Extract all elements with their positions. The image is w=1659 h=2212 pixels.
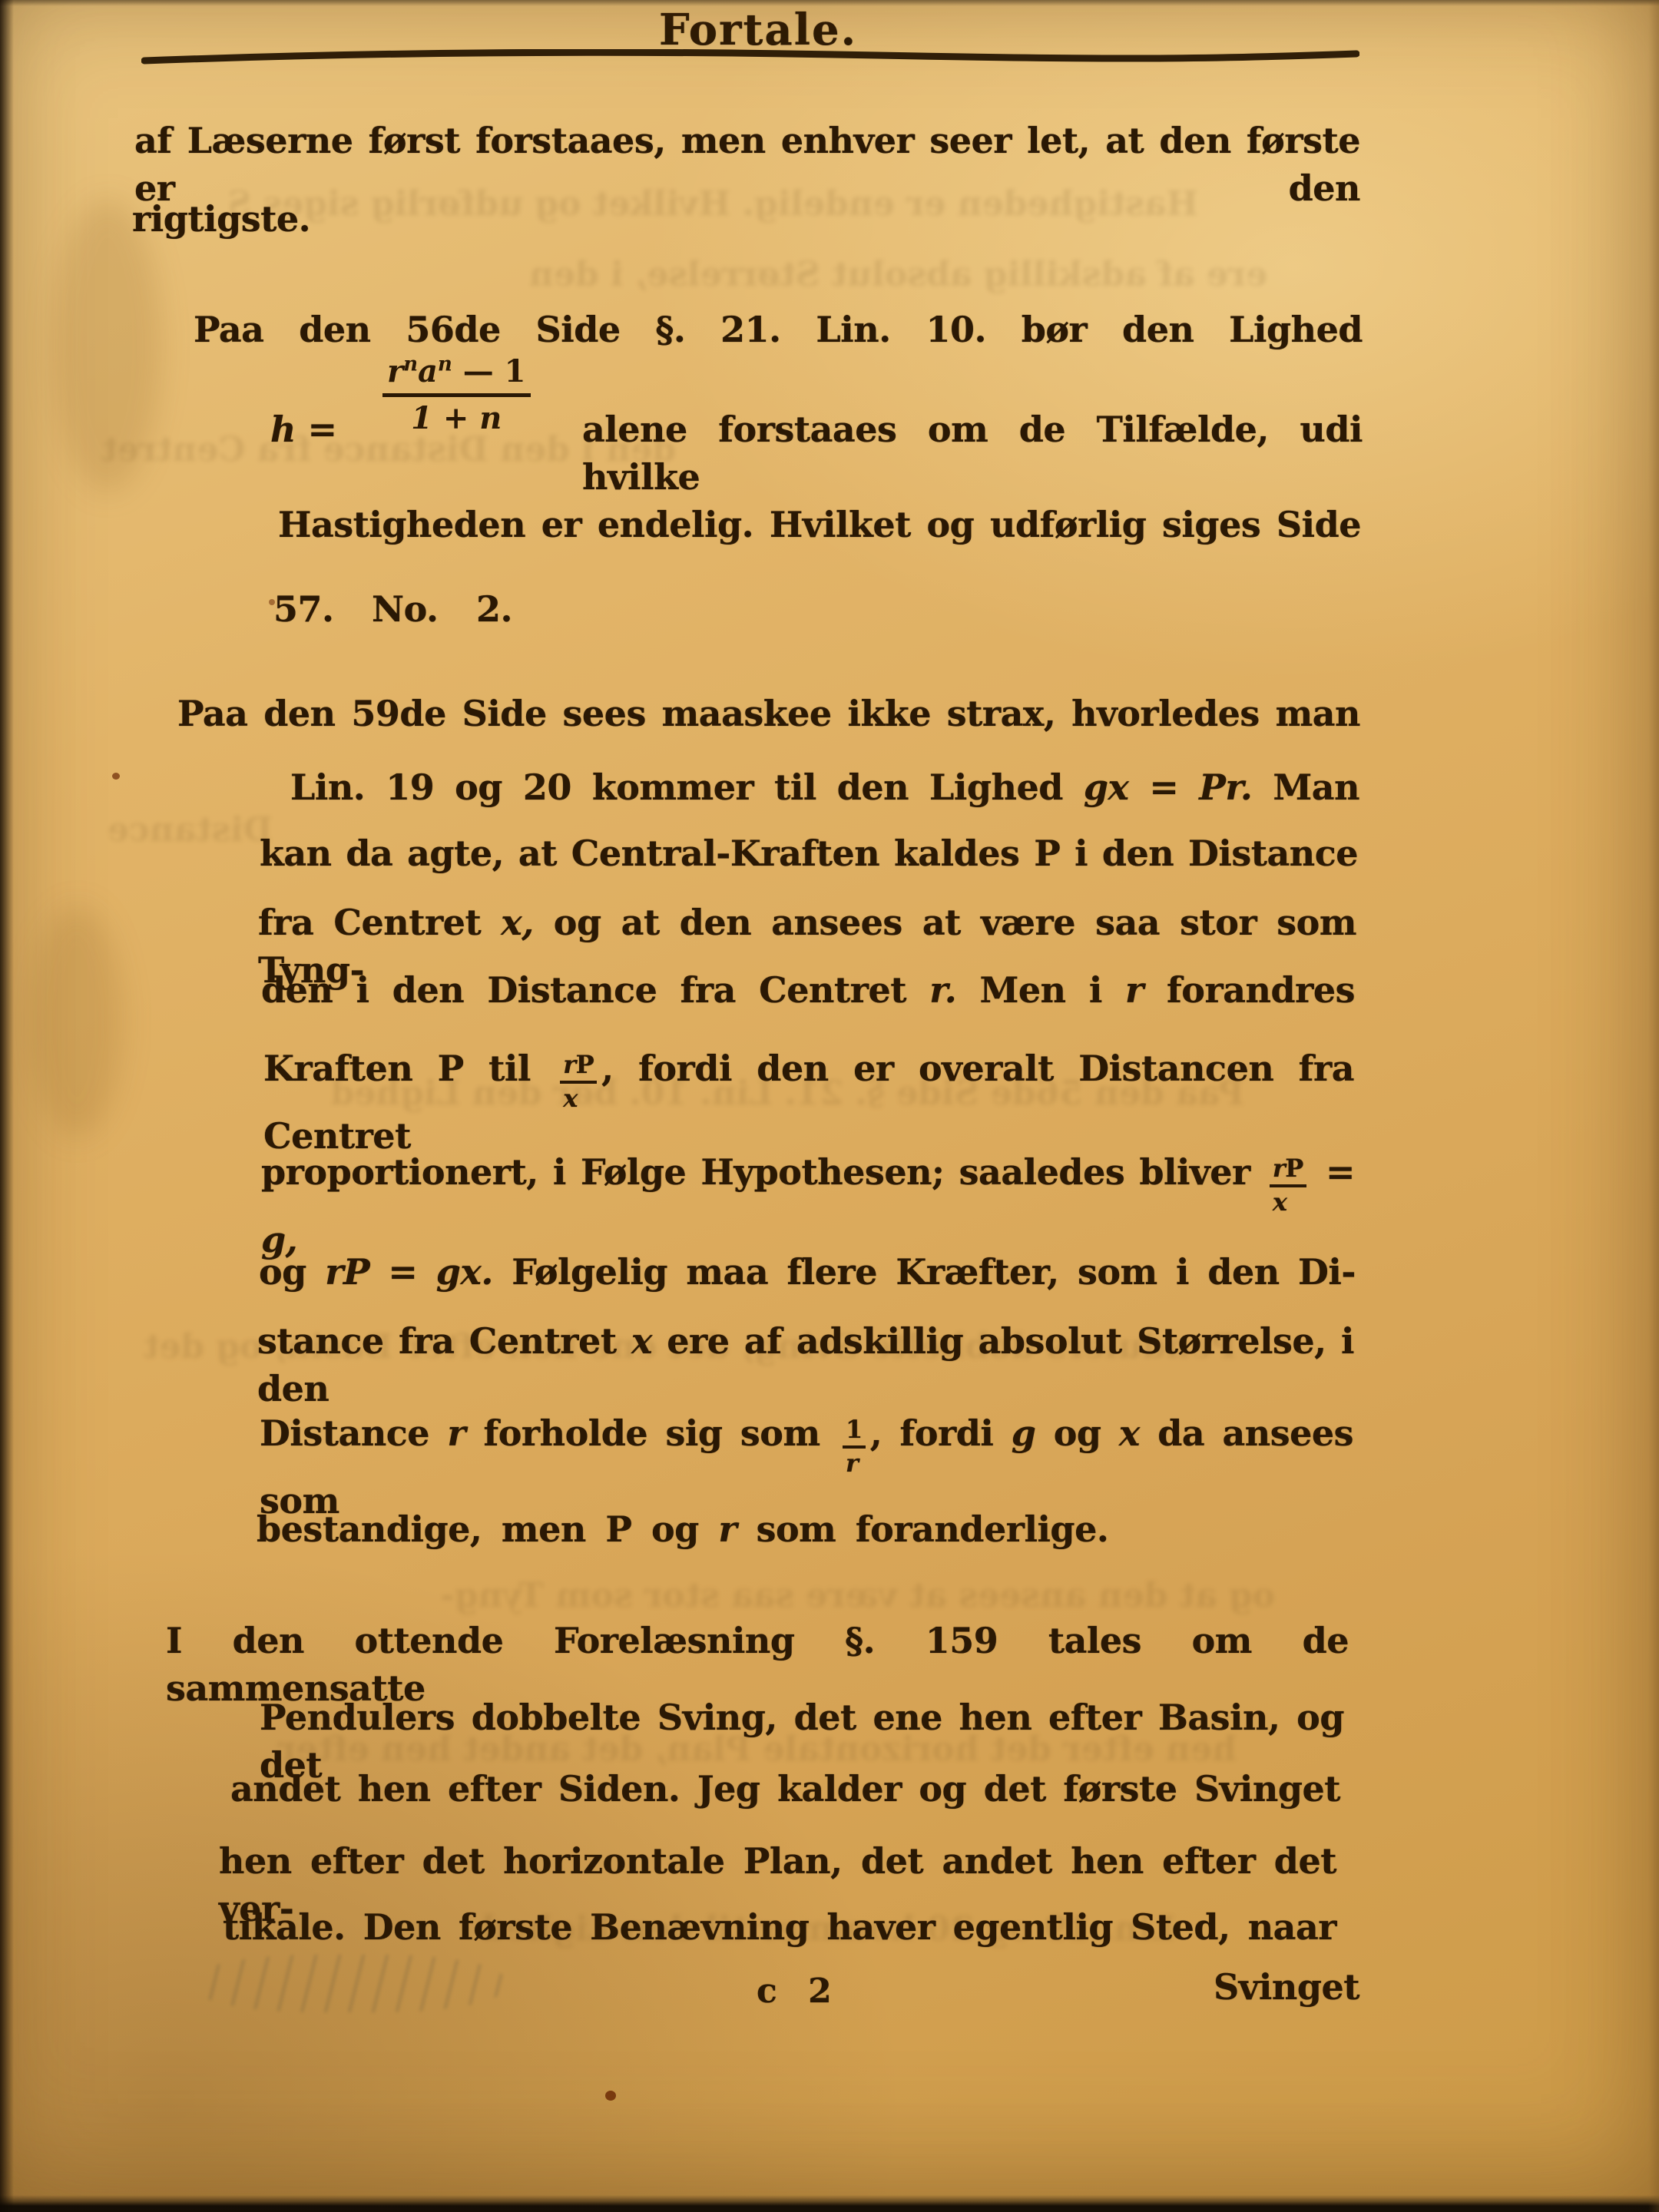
- text-run: forholde sig som: [483, 1412, 820, 1454]
- text-run: i den Distance: [1075, 833, 1358, 874]
- body-line: Hastigheden er endelig. Hvilket og udfør…: [278, 501, 1361, 548]
- text-run: Følgelig maa flere Kræfter, som i den Di…: [512, 1251, 1356, 1293]
- text-run: kan da agte, at Central-Kraften kaldes: [260, 833, 1019, 874]
- text-run: andet hen efter Siden. Jeg kalder og det…: [230, 1768, 1340, 1810]
- text-run: Kraften: [263, 1048, 412, 1089]
- body-line: og rP = gx. Følgelig maa flere Kræfter, …: [259, 1248, 1356, 1296]
- body-line: 57. No. 2.: [273, 585, 811, 633]
- inline-fraction: rPx: [1270, 1156, 1306, 1215]
- text-run: Man: [1273, 767, 1359, 808]
- page-edge-shadow-left: [0, 0, 14, 2212]
- body-line: Kraften P til rPx, fordi den er overalt …: [263, 1045, 1354, 1160]
- text-run: tikale. Den første Benævning haver egent…: [223, 1906, 1336, 1948]
- math-symbol: x: [1119, 1412, 1140, 1454]
- bleedthrough-ghost: Distance: [42, 810, 273, 849]
- catchword-text: Svinget: [1214, 1966, 1359, 2008]
- text-run: og: [259, 1251, 306, 1293]
- math-symbol: r: [718, 1508, 737, 1550]
- signature-mark: c 2: [757, 1968, 910, 2015]
- text-run: Men i: [979, 969, 1101, 1011]
- page-edge-shadow-top: [0, 0, 1659, 6]
- text-run: og: [1054, 1412, 1101, 1454]
- body-line: bestandige, men P og r som foranderlige.: [257, 1505, 1353, 1553]
- display-fraction: rnan — 1 1 + n: [382, 355, 531, 435]
- body-line: tikale. Den første Benævning haver egent…: [223, 1903, 1336, 1951]
- math-symbol: h: [270, 409, 296, 450]
- formula-lhs: h =: [270, 406, 393, 453]
- catchword: Svinget: [1175, 1963, 1359, 2011]
- math-run: gx = Pr.: [1084, 767, 1253, 808]
- paper-stain: [31, 906, 123, 1137]
- text-run: alene forstaaes om de Tilfælde, udi hvil…: [582, 409, 1363, 498]
- paper-stain: [54, 200, 161, 492]
- book-page: Hastigheden er endelig. Hvilket og udfør…: [0, 0, 1659, 2212]
- text-run: fra Centret: [258, 902, 481, 943]
- signature-text: c 2: [757, 1972, 831, 2011]
- text-run: , fordi: [870, 1412, 994, 1454]
- text-run: Distance: [260, 1412, 429, 1454]
- body-line: rigtigste.: [132, 195, 823, 243]
- text-run: til: [488, 1048, 531, 1089]
- text-run: som foranderlige.: [757, 1508, 1109, 1550]
- header-rule: [141, 49, 1359, 66]
- math-symbol: r.: [929, 969, 956, 1011]
- text-run: Paa den 56de Side §. 21. Lin. 10. bør de…: [194, 309, 1363, 350]
- paper-speck: [605, 2091, 616, 2101]
- fraction-bar: [382, 393, 531, 397]
- fraction-denominator: 1 + n: [382, 402, 531, 435]
- text-run: og: [651, 1508, 699, 1550]
- bleedthrough-ghost: ere af adskillig absolut Størrelse, i de…: [100, 255, 1267, 294]
- body-line: Paa den 56de Side §. 21. Lin. 10. bør de…: [194, 306, 1363, 353]
- body-line: Lin. 19 og 20 kommer til den Lighed gx =…: [290, 763, 1359, 811]
- text-run: forandres: [1167, 969, 1355, 1011]
- inline-fraction: 1r: [843, 1417, 866, 1476]
- math-symbol: r: [447, 1412, 465, 1454]
- text-run: 57. No. 2.: [273, 588, 512, 630]
- math-symbol: x: [631, 1320, 652, 1362]
- body-line: kan da agte, at Central-Kraften kaldes P…: [260, 829, 1358, 877]
- text-run: Hastigheden er endelig. Hvilket og udfør…: [278, 504, 1361, 545]
- body-line: den i den Distance fra Centret r. Men i …: [261, 966, 1355, 1014]
- text-run: , fordi den er overalt Distancen fra Cen…: [263, 1048, 1354, 1157]
- body-line: alene forstaaes om de Tilfælde, udi hvil…: [582, 406, 1363, 501]
- text-run: stance fra Centret: [257, 1320, 617, 1362]
- text-run: Lin. 19 og 20 kommer til den Lighed: [290, 767, 1063, 808]
- bleedthrough-ghost: og at den ansees at være saa stor som Ty…: [246, 1576, 1275, 1615]
- math-symbol: P: [438, 1048, 464, 1089]
- pencil-smudge: [196, 1955, 503, 2012]
- text-run: den i den Distance fra Centret: [261, 969, 906, 1011]
- text-run: Paa den 59de Side sees maaskee ikke stra…: [177, 693, 1360, 734]
- text-run: rigtigste.: [132, 198, 310, 240]
- fraction-numerator: rnan — 1: [382, 355, 531, 389]
- math-symbol: P: [1034, 833, 1060, 874]
- page-edge-shadow-right: [1648, 0, 1659, 2212]
- body-line: proportionert, i Følge Hypothesen; saale…: [261, 1148, 1355, 1263]
- page-heading: Fortale.: [659, 5, 857, 55]
- math-symbol: x,: [501, 902, 533, 943]
- page-edge-shadow-bottom: [0, 2195, 1659, 2212]
- text-run: bestandige, men: [257, 1508, 586, 1550]
- math-symbol: g: [1012, 1412, 1036, 1454]
- body-line: stance fra Centret x ere af adskillig ab…: [257, 1317, 1354, 1412]
- math-run: rP = gx.: [325, 1251, 493, 1293]
- paper-speck: [112, 773, 120, 780]
- body-line: andet hen efter Siden. Jeg kalder og det…: [230, 1765, 1340, 1813]
- equals-sign: =: [307, 409, 336, 450]
- inline-fraction: rPx: [560, 1052, 597, 1111]
- body-line: Paa den 59de Side sees maaskee ikke stra…: [177, 690, 1360, 737]
- math-symbol: P: [605, 1508, 631, 1550]
- text-run: proportionert, i Følge Hypothesen; saale…: [261, 1151, 1250, 1193]
- math-symbol: r: [1125, 969, 1144, 1011]
